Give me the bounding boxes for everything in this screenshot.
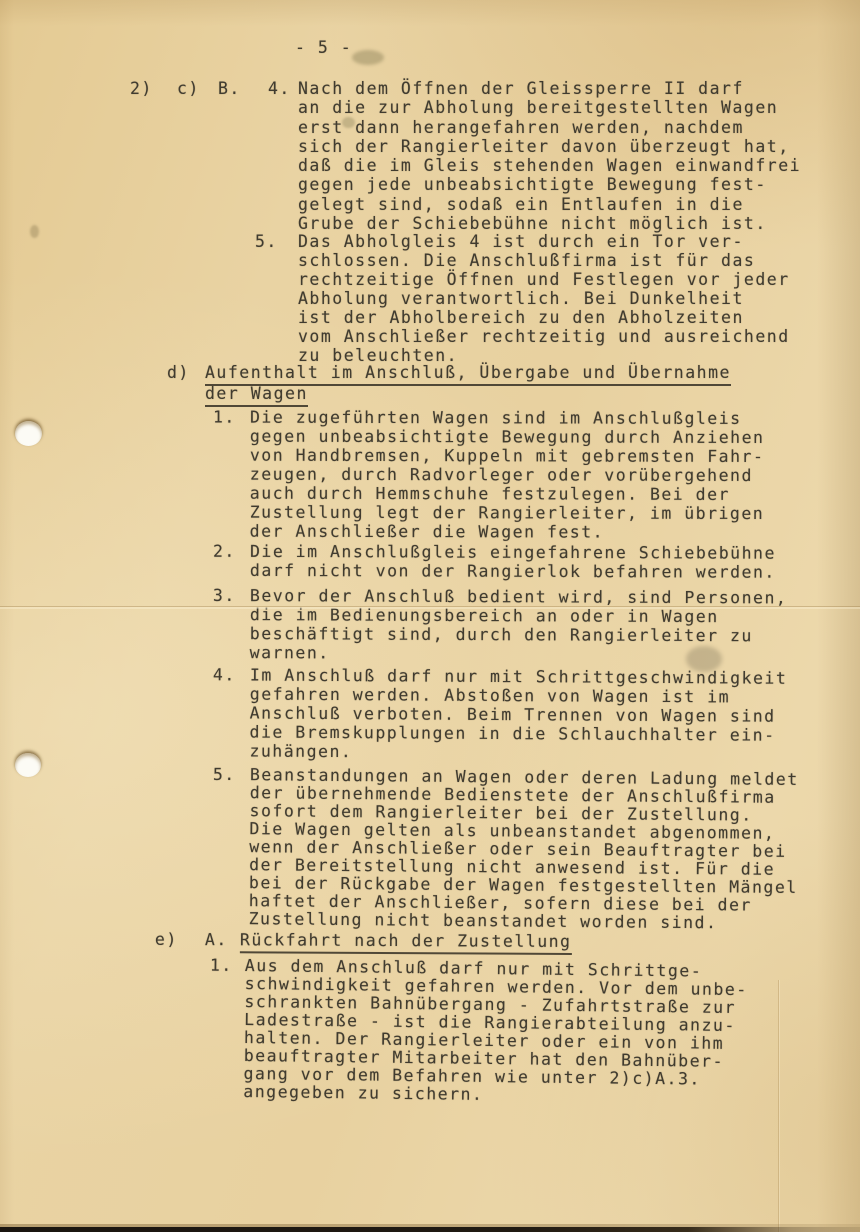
text-line: Zustellung legt der Rangierleiter, im üb… <box>250 503 765 523</box>
text-line: Bevor der Anschluß bedient wird, sind Pe… <box>250 586 787 607</box>
list-marker: 4. <box>213 665 236 684</box>
text-line: der Anschließer die Wagen fest. <box>250 522 765 542</box>
text-column: Nach dem Öffnen der Gleissperre II darfa… <box>298 79 801 233</box>
line-text: Nach dem Öffnen der Gleissperre II darf <box>298 79 744 98</box>
line-text: Grube der Schiebebühne nicht möglich ist… <box>298 214 767 233</box>
text-line: auch durch Hemmschuhe festzulegen. Bei d… <box>250 484 765 504</box>
text-column: Die im Anschlußgleis eingefahrene Schieb… <box>250 542 776 582</box>
line-text: gegen jede unbeabsichtigte Bewegung fest… <box>298 175 767 194</box>
list-marker: e) <box>155 930 178 950</box>
text-line: von Handbremsen, Kuppeln mit gebremsten … <box>250 446 765 466</box>
list-marker: 5. <box>213 766 236 784</box>
vertical-fold-crease <box>778 980 780 1232</box>
page-number: - 5 - <box>295 38 352 57</box>
text-line: rechtzeitige Öffnen und Festlegen vor je… <box>298 270 790 289</box>
line-text: sich der Rangierleiter davon überzeugt h… <box>298 137 790 156</box>
text-line: daß die im Gleis stehenden Wagen einwand… <box>298 156 801 175</box>
line-text: Das Abholgleis 4 ist durch ein Tor ver- <box>298 232 744 251</box>
line-text: Die im Anschlußgleis eingefahrene Schieb… <box>250 542 776 563</box>
line-text: vom Anschließer rechtzeitig und ausreich… <box>298 327 790 346</box>
list-marker: A. <box>205 930 228 950</box>
line-text: angegeben zu sichern. <box>243 1082 483 1104</box>
line-text: der Wagen <box>205 384 308 407</box>
list-marker: 2. <box>213 542 236 561</box>
list-marker: 5. <box>255 232 278 251</box>
text-line: vom Anschließer rechtzeitig und ausreich… <box>298 327 790 346</box>
text-column: Die zugeführten Wagen sind im Anschlußgl… <box>250 408 765 542</box>
list-marker: c) <box>177 79 200 98</box>
punch-hole-top <box>15 421 42 446</box>
ink-smudge <box>686 646 722 672</box>
horizontal-fold-crease <box>0 606 860 609</box>
line-text: von Handbremsen, Kuppeln mit gebremsten … <box>250 446 765 466</box>
text-line: Die zugeführten Wagen sind im Anschlußgl… <box>250 408 765 428</box>
line-text: darf nicht von der Rangierlok befahren w… <box>250 561 776 582</box>
line-text: zeugen, durch Radvorleger oder vorüberge… <box>250 465 753 485</box>
line-text: gelegt sind, sodaß ein Entlaufen in die <box>298 195 744 214</box>
text-line: zuhängen. <box>249 742 786 764</box>
paper-stain <box>342 117 355 128</box>
line-text: rechtzeitige Öffnen und Festlegen vor je… <box>298 270 790 289</box>
line-text: gegen unbeabsichtigte Bewegung durch Anz… <box>250 427 765 447</box>
list-marker: 1. <box>210 957 233 975</box>
line-text: Zustellung nicht beanstandet worden sind… <box>249 909 718 932</box>
line-text: schlossen. Die Anschlußfirma ist für das <box>298 251 755 270</box>
text-column: Aufenthalt im Anschluß, Übergabe und Übe… <box>205 363 731 404</box>
paragraph-block: 5.Beanstandungen an Wagen oder deren Lad… <box>0 764 860 772</box>
text-column: Rückfahrt nach der Zustellung <box>240 930 572 952</box>
text-line: beschäftigt sind, durch den Rangierleite… <box>250 624 787 645</box>
line-text: Die zugeführten Wagen sind im Anschlußgl… <box>250 408 742 428</box>
paragraph-block: 1.Die zugeführten Wagen sind im Anschluß… <box>0 407 860 409</box>
line-text: beschäftigt sind, durch den Rangierleite… <box>250 624 753 645</box>
text-line: sich der Rangierleiter davon überzeugt h… <box>298 137 801 156</box>
line-text: an die zur Abholung bereitgestellten Wag… <box>298 98 778 117</box>
text-line: Grube der Schiebebühne nicht möglich ist… <box>298 214 801 233</box>
text-column: Im Anschluß darf nur mit Schrittgeschwin… <box>249 666 787 764</box>
line-text: der Anschließer die Wagen fest. <box>250 522 605 542</box>
text-line: darf nicht von der Rangierlok befahren w… <box>250 561 776 582</box>
text-line: gegen jede unbeabsichtigte Bewegung fest… <box>298 175 801 194</box>
scan-bottom-edge <box>0 1227 860 1232</box>
line-text: zuhängen. <box>249 742 352 762</box>
heading-line: Rückfahrt nach der Zustellung <box>240 930 572 952</box>
list-marker: 4. <box>268 79 291 98</box>
list-marker: 3. <box>213 586 236 605</box>
text-line: schlossen. Die Anschlußfirma ist für das <box>298 251 790 270</box>
text-line: erst dann herangefahren werden, nachdem <box>298 118 801 137</box>
text-line: Die im Anschlußgleis eingefahrene Schieb… <box>250 542 776 563</box>
punch-hole-bottom <box>15 753 41 777</box>
line-text: erst dann herangefahren werden, nachdem <box>298 118 744 137</box>
text-line: Zustellung nicht beanstandet worden sind… <box>249 910 798 933</box>
text-line: Das Abholgleis 4 ist durch ein Tor ver- <box>298 232 790 251</box>
text-line: zeugen, durch Radvorleger oder vorüberge… <box>250 465 765 485</box>
text-line: gegen unbeabsichtigte Bewegung durch Anz… <box>250 427 765 447</box>
line-text: ist der Abholbereich zu den Abholzeiten <box>298 308 744 327</box>
paragraph-block: 4.Im Anschluß darf nur mit Schrittgeschw… <box>0 664 860 669</box>
line-text: Zustellung legt der Rangierleiter, im üb… <box>250 503 765 523</box>
line-text: auch durch Hemmschuhe festzulegen. Bei d… <box>250 484 730 504</box>
paragraph-block: 1.Aus dem Anschluß darf nur mit Schrittg… <box>0 954 860 965</box>
text-line: Nach dem Öffnen der Gleissperre II darf <box>298 79 801 98</box>
list-marker: 2) <box>130 79 153 98</box>
text-column: Das Abholgleis 4 ist durch ein Tor ver-s… <box>298 232 790 365</box>
line-text: Aufenthalt im Anschluß, Übergabe und Übe… <box>205 363 731 386</box>
paper-stain <box>30 225 39 238</box>
list-marker: d) <box>167 363 190 384</box>
line-text: warnen. <box>250 643 330 662</box>
text-column: Beanstandungen an Wagen oder deren Ladun… <box>249 766 799 933</box>
text-column: Aus dem Anschluß darf nur mit Schrittge-… <box>243 957 748 1107</box>
heading-line: Aufenthalt im Anschluß, Übergabe und Übe… <box>205 363 731 384</box>
line-text: Rückfahrt nach der Zustellung <box>240 930 572 955</box>
line-text: Abholung verantwortlich. Bei Dunkelheit <box>298 289 744 308</box>
scanned-document-page: - 5 - 2)c)B.4.Nach dem Öffnen der Gleiss… <box>0 0 860 1232</box>
heading-line: der Wagen <box>205 384 731 405</box>
paper-stain <box>352 50 384 65</box>
text-line: gelegt sind, sodaß ein Entlaufen in die <box>298 195 801 214</box>
line-text: daß die im Gleis stehenden Wagen einwand… <box>298 156 801 175</box>
list-marker: 1. <box>213 408 236 427</box>
text-line: ist der Abholbereich zu den Abholzeiten <box>298 308 790 327</box>
line-text: Bevor der Anschluß bedient wird, sind Pe… <box>250 586 787 607</box>
list-marker: B. <box>218 79 241 98</box>
text-line: Abholung verantwortlich. Bei Dunkelheit <box>298 289 790 308</box>
text-line: an die zur Abholung bereitgestellten Wag… <box>298 98 801 117</box>
paragraph-block: 3.Bevor der Anschluß bedient wird, sind … <box>0 585 860 589</box>
